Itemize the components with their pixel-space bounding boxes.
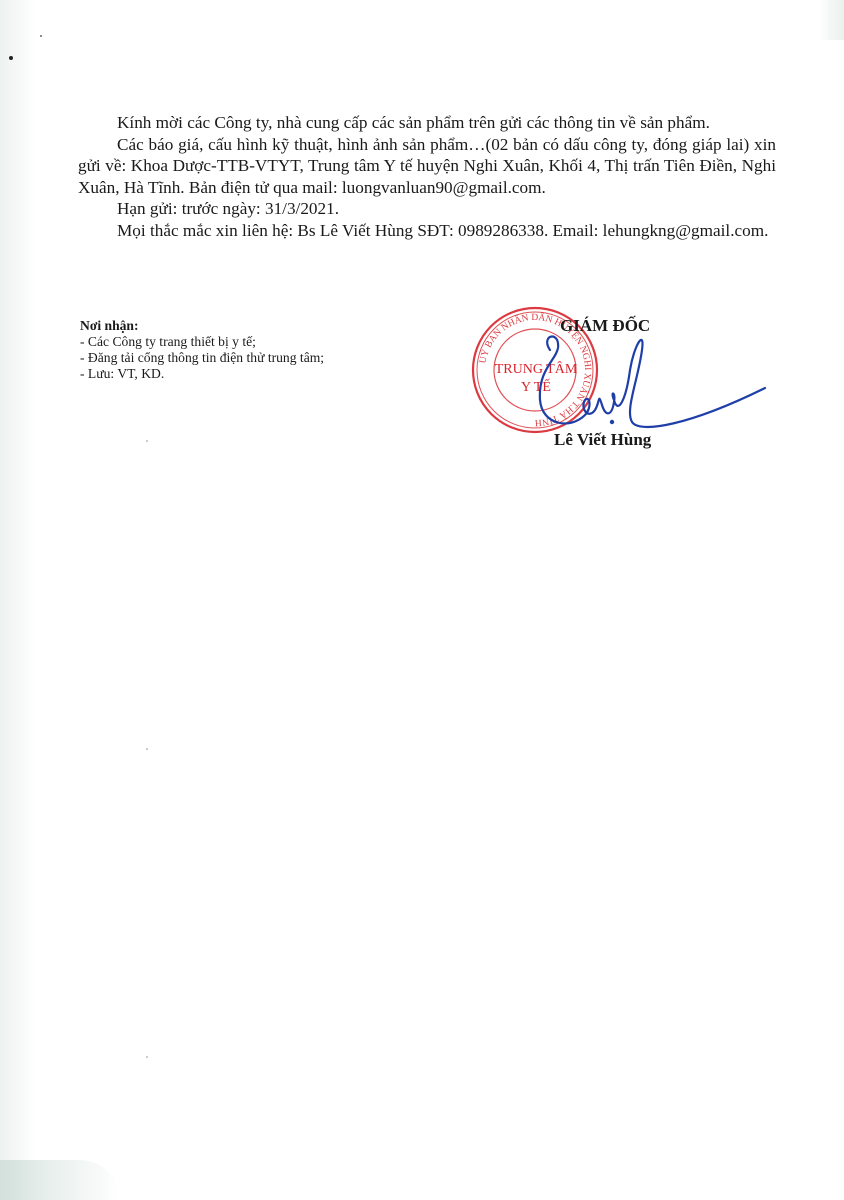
paragraph-contact: Mọi thắc mắc xin liên hệ: Bs Lê Viết Hùn… (78, 220, 776, 242)
scan-edge-shadow-top-right (818, 0, 844, 40)
letter-body: Kính mời các Công ty, nhà cung cấp các s… (78, 112, 776, 241)
recipients-list: Nơi nhận: - Các Công ty trang thiết bị y… (80, 318, 324, 382)
recipients-title: Nơi nhận: (80, 318, 324, 334)
signature-block: GIÁM ĐỐC UỶ BAN NHÂN DÂN HUYỆN NGHI XUÂN… (470, 305, 770, 465)
scan-dot (40, 35, 42, 37)
recipient-item: - Đăng tải cổng thông tin điện thử trung… (80, 350, 324, 366)
paragraph-submission-address: Các báo giá, cấu hình kỹ thuật, hình ảnh… (78, 134, 776, 199)
scan-edge-shadow-bottom (0, 1160, 120, 1200)
scan-speck (146, 440, 148, 442)
scan-speck (146, 748, 148, 750)
handwritten-signature-icon (530, 330, 770, 440)
scan-edge-shadow-left (0, 0, 36, 1200)
scan-dot (9, 56, 13, 60)
recipient-item: - Lưu: VT, KD. (80, 366, 324, 382)
paragraph-invitation: Kính mời các Công ty, nhà cung cấp các s… (78, 112, 776, 134)
paragraph-deadline: Hạn gửi: trước ngày: 31/3/2021. (78, 198, 776, 220)
recipient-item: - Các Công ty trang thiết bị y tế; (80, 334, 324, 350)
scan-speck (146, 1056, 148, 1058)
